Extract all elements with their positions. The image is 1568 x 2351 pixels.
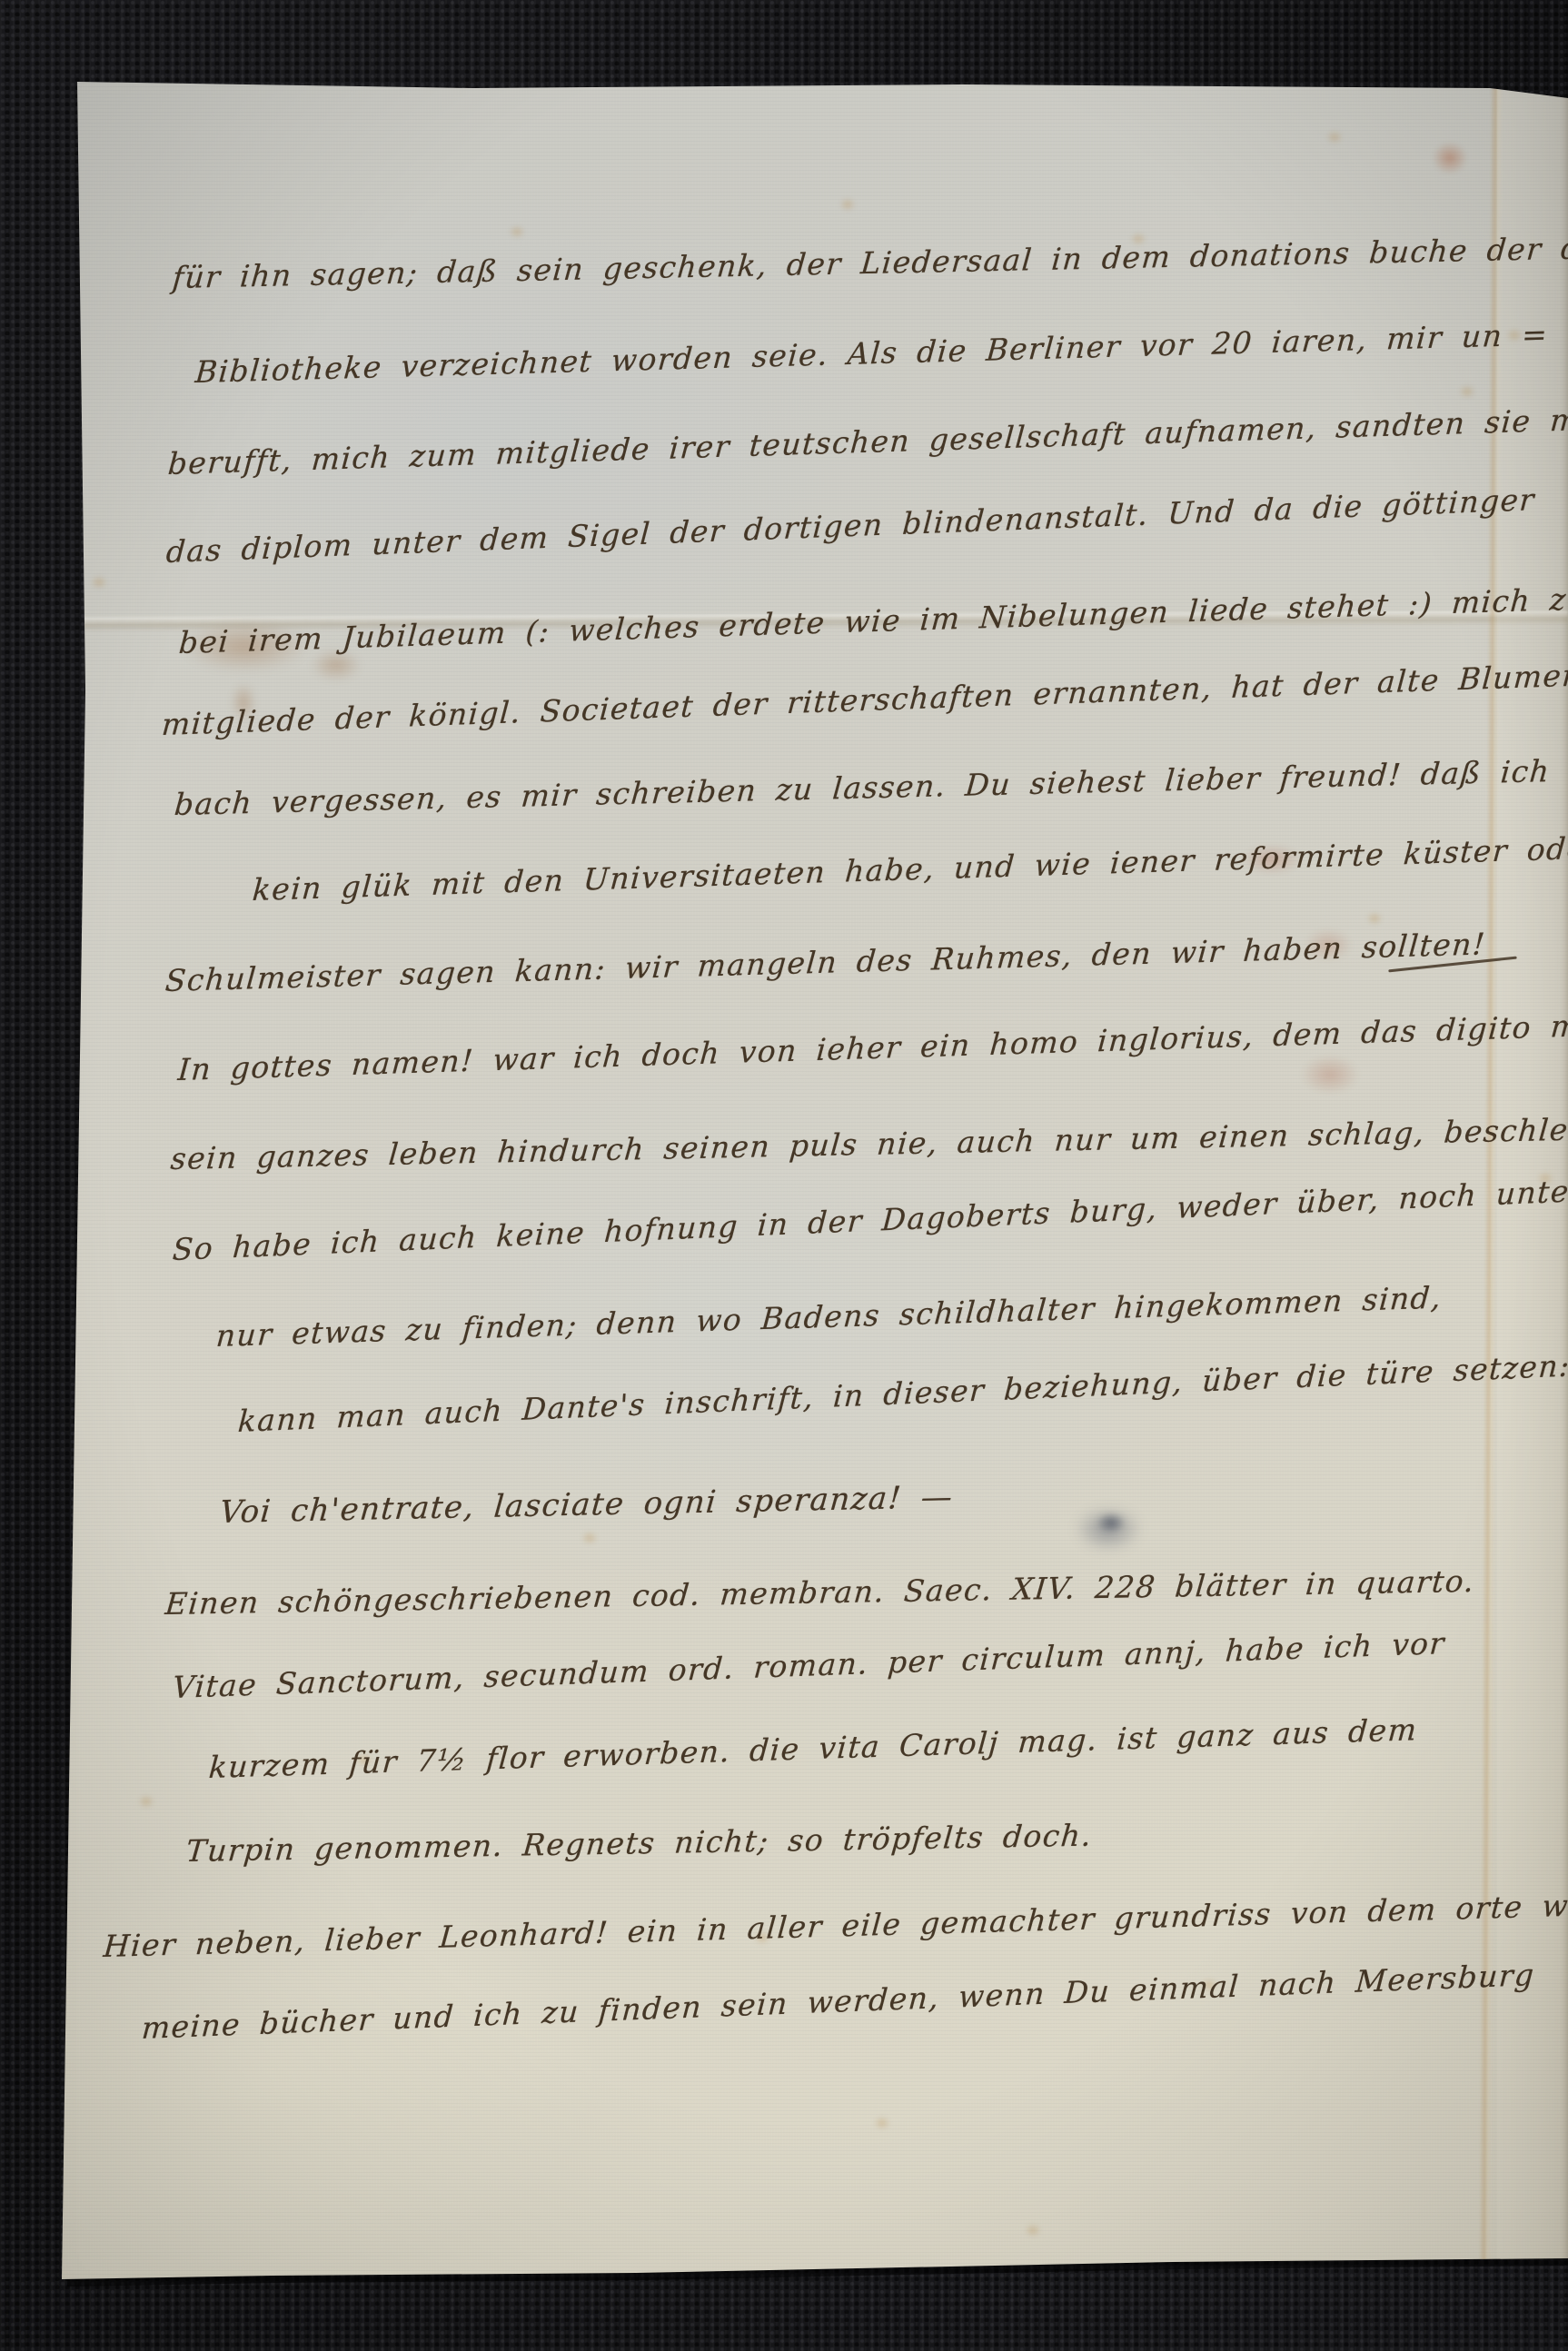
letter-line-17: Vitae Sanctorum, secundum ord. roman. pe…: [172, 1625, 1446, 1705]
letter-line-16: Einen schöngeschriebenen cod. membran. S…: [164, 1563, 1476, 1622]
letter-line-9: Schulmeister sagen kann: wir mangeln des…: [164, 926, 1487, 998]
letter-line-12: So habe ich auch keine hofnung in der Da…: [172, 1166, 1568, 1267]
letter-line-10: In gottes namen! war ich doch von ieher …: [177, 1004, 1568, 1087]
letter-line-18: kurzem für 7½ flor erworben. die vita Ca…: [208, 1711, 1419, 1785]
letter-line-6: mitgliede der königl. Societaet der ritt…: [161, 656, 1568, 742]
letter-line-8: kein glük mit den Universitaeten habe, u…: [252, 829, 1568, 908]
letter-line-4: das diplom unter dem Sigel der dortigen …: [165, 481, 1536, 570]
letter-line-7: bach vergessen, es mir schreiben zu lass…: [173, 753, 1552, 822]
letter-line-3: berufft, mich zum mitgliede irer teutsch…: [167, 401, 1568, 481]
letter-line-20: Hier neben, lieber Leonhard! ein in alle…: [102, 1887, 1568, 1964]
manuscript-page: für ihn sagen; daß sein geschenk, der Li…: [0, 0, 1568, 2351]
letter-line-14: kann man auch Dante's inschrift, in dies…: [237, 1347, 1568, 1439]
letter-line-19: Turpin genommen. Regnets nicht; so tröpf…: [184, 1818, 1094, 1869]
letter-line-2: Bibliotheke verzeichnet worden seie. Als…: [194, 316, 1549, 390]
letter-line-5: bei irem Jubilaeum (: welches erdete wie…: [178, 580, 1568, 660]
letter-line-13: nur etwas zu finden; denn wo Badens schi…: [215, 1280, 1444, 1354]
letter-line-21: meine bücher und ich zu finden sein werd…: [141, 1957, 1536, 2046]
letter-line-1: für ihn sagen; daß sein geschenk, der Li…: [171, 228, 1568, 295]
handwritten-text: für ihn sagen; daß sein geschenk, der Li…: [0, 0, 1568, 2351]
letter-line-15: Voi ch'entrate, lasciate ogni speranza! …: [218, 1479, 955, 1531]
letter-line-11: sein ganzes leben hindurch seinen puls n…: [169, 1107, 1568, 1176]
